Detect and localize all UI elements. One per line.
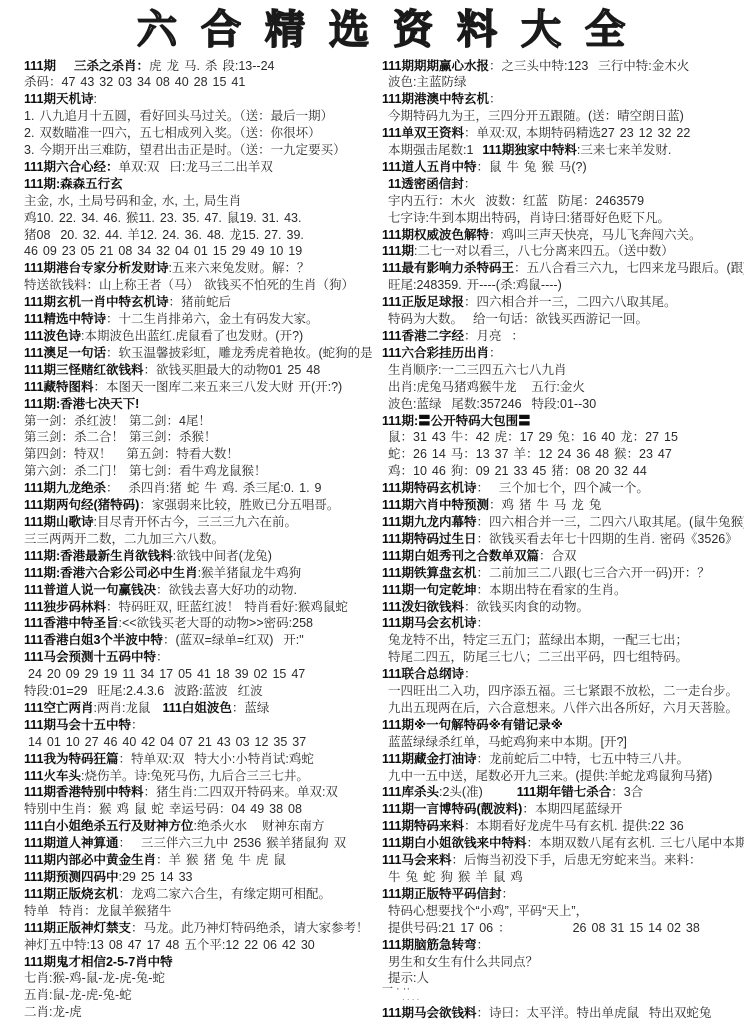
entry-text: ：: [501, 887, 514, 901]
entry-line: 111道人五肖中特：鼠 牛 兔 猴 马(?): [382, 159, 744, 176]
entry-heading: 11透密函信封: [388, 177, 464, 191]
entry-text: 九中一五中送，尾数必开九三来。(提供:羊蛇龙鸡鼠狗马猪): [388, 769, 712, 783]
entry-line: 111期:香港七决天下!: [24, 396, 372, 413]
left-column: 111期三杀之杀肖：虎 龙 马. 杀 段:13--24 杀码：47 43 32 …: [24, 58, 372, 1022]
number-list: 猪08 20. 32. 44. 羊12. 24. 36. 48. 龙15. 27…: [24, 227, 372, 244]
entry-text: :欲钱中间者(龙兔): [173, 549, 272, 563]
entry-line: 111期:二七一对以看三，八七分离来四五。（送中数）: [382, 243, 744, 260]
entry-text: 主金, 水, 土局号码和金, 水, 土, 局生肖: [24, 194, 241, 208]
entry-text: ：: [476, 938, 489, 952]
entry-text: ： 杀四肖:猪 蛇 牛 鸡. 杀三尾:0. 1. 9: [106, 481, 322, 495]
entry-text: 特送欲钱料：山上称王者（马） 欲钱买不怕死的生肖（狗）: [24, 278, 354, 292]
entry-text: :烧伤羊。诗:兔死马伤, 九后合三三七井。: [81, 769, 309, 783]
entry-line: 二肖:龙-虎: [24, 1004, 372, 1021]
entry-text: ：3合: [611, 785, 643, 799]
entry-text: :29 25 14 33: [118, 870, 192, 884]
entry-heading: 111期:森森五行玄: [24, 177, 123, 191]
entry-text: 七肖:猴-鸡-鼠-龙-虎-兔-蛇: [24, 971, 165, 985]
right-column: 111期期期赢心水报：之三头中特:123 三行中特:金木火 波色:主蓝防绿 11…: [382, 58, 744, 1023]
entry-text: ：本期看好龙虎牛马有玄机. 提供:22 36: [464, 819, 684, 833]
entry-text: ：欲钱买肉食的动物。: [464, 600, 589, 614]
entry-text: ：后悔当初没下手，后患无穷蛇来当。来料：: [451, 853, 701, 867]
entry-line: 特送欲钱料：山上称王者（马） 欲钱买不怕死的生肖（狗）: [24, 277, 372, 294]
entry-text: 2. 双数瞄准一四六，五七相成列入奖。（送：你很坏）: [24, 126, 321, 140]
entry-heading: 111期年错七杀合: [517, 785, 611, 799]
entry-line: 111期脑筋急转弯：: [382, 937, 744, 954]
number-list: 蛇：26 14 马：13 37 羊：12 24 36 48 猴：23 47: [382, 446, 744, 463]
entry-text: 特码心想要找个“小鸡”, 平码“天上”，: [388, 904, 588, 918]
entry-text: 出肖:虎兔马猪鸡猴牛龙 五行:金火: [388, 380, 585, 394]
entry-line: 第三剑：杀二合！ 第三剑：杀猴！: [24, 429, 372, 446]
entry-heading: 111波色诗: [24, 329, 81, 343]
entry-text: 特单 特肖：龙鼠羊猴猪牛: [24, 904, 171, 918]
entry-text: ：软玉温馨披彩虹，雕龙秀虎着艳妆。(蛇狗的是: [106, 346, 372, 360]
entry-heading: 111期正版烧玄机: [24, 887, 118, 901]
entry-line: 111期:〓公开特码大包围〓: [382, 413, 744, 430]
entry-line: 111期马会十五中特：: [24, 717, 372, 734]
entry-text: 1. 八九追月十五圆，看好回头马过关。（送：最后一期）: [24, 109, 333, 123]
poem-line: 特尾二四五，防尾三七八；二三出平码，四七组特码。: [382, 649, 744, 666]
entry-line: 111库杀头:2头(准)111期年错七杀合：3合: [382, 784, 744, 801]
entry-line: 111波色诗:本期波色出蓝红.虎鼠看了也发财。(开?): [24, 328, 372, 345]
entry-line: 特码心想要找个“小鸡”, 平码“天上”，: [382, 903, 744, 920]
entry-heading: 111期玄机一肖中特玄机诗: [24, 295, 168, 309]
entry-line: 111马会预测十五码中特：: [24, 649, 372, 666]
entry-text: 三三两两开二数，二九加三六八数。: [24, 532, 224, 546]
entry-heading: 111库杀头: [382, 785, 439, 799]
entry-text: 鸡10. 22. 34. 46. 猴11. 23. 35. 47. 鼠19. 3…: [24, 211, 301, 225]
entry-text: ： 三个加七个，四个减一个。: [476, 481, 648, 495]
entry-heading: 111期鬼才相信2-5-7肖中特: [24, 955, 173, 969]
entry-line: 111香港白姐3个半波中特：(蓝双=绿单=红双) 开:": [24, 632, 372, 649]
entry-line: 111期九龙绝杀： 杀四肖:猪 蛇 牛 鸡. 杀三尾:0. 1. 9: [24, 480, 372, 497]
entry-text: 特尾二四五，防尾三七八；二三出平码，四七组特码。: [388, 650, 688, 664]
entry-line: 111香港中特圣旨:<<欲钱买老大哥的动物>>密码:258: [24, 615, 372, 632]
entry-line: 111期藏金打油诗：龙前蛇后二中特，七五中特三八井。: [382, 751, 744, 768]
entry-text: ： 三三伴六三九中 2536 猴羊猪鼠狗 双: [118, 836, 346, 850]
entry-line: 第六剑：杀二门！ 第七剑：看牛鸡龙鼠猴！: [24, 463, 372, 480]
entry-text: :<<欲钱买老大哥的动物>>密码:258: [118, 616, 313, 630]
number-list: 杀码：47 43 32 03 34 08 40 28 15 41: [24, 74, 372, 91]
entry-line: 111期白小姐欲钱来中特料：本期双数八尾有玄机. 三七八尾中本期: [382, 835, 744, 852]
entry-line: 111期:森森五行玄: [24, 176, 372, 193]
entry-line: 111期※一句解特码※有错记录※: [382, 717, 744, 734]
entry-text: ：猪前蛇后: [168, 295, 231, 309]
entry-line: 111期铁算盘玄机：二前加三二八跟(七三合六开一码)开：？: [382, 565, 744, 582]
entry-text: ：之三头中特:123 三行中特:金木火: [489, 59, 689, 73]
entry-text: :三来七来羊发财.: [577, 143, 671, 157]
entry-heading: 111我为特码狂篇: [24, 752, 118, 766]
entry-text: ：: [489, 346, 502, 360]
entry-line: 男生和女生有什么共同点？: [382, 954, 744, 971]
entry-text: 宇内五行：木火 波数：红蓝 防尾：2463579: [388, 194, 644, 208]
entry-line: 111期六合心经：单双:双 曰:龙马三二出羊双: [24, 159, 372, 176]
entry-text: ：欲钱买胆最大的动物01 25 48: [143, 363, 320, 377]
entry-text: ：猪生肖:二四双开特码来。单双:双: [143, 785, 337, 799]
entry-heading: 111期:香港六合彩公司必中生肖: [24, 566, 198, 580]
entry-text: 特段:01=29 旺尾:2.4.3.6 波路:蓝波 红波: [24, 684, 263, 698]
entry-text: ：特单双:双 特大小:小特肖试:鸡蛇: [118, 752, 313, 766]
handwritten-scribble: 一 · ··· · · ·: [382, 987, 744, 1005]
entry-text: 男生和女生有什么共同点？: [388, 955, 538, 969]
entry-text: ：家强弱来比较，胜败已分五唱哥。: [139, 498, 339, 512]
entry-text: 第六剑：杀二门！ 第七剑：看牛鸡龙鼠猴！: [24, 464, 266, 478]
entry-line: 111期香港特别中特料：猪生肖:二四双开特码来。单双:双: [24, 784, 372, 801]
entry-heading: 111期九龙内幕特: [382, 515, 476, 529]
entry-text: ：: [156, 650, 169, 664]
entry-line: 旺尾:248359. 开----(杀:鸡鼠----): [382, 277, 744, 294]
entry-text: 本期强击尾数:1: [388, 143, 478, 157]
entry-text: 第三剑：杀二合！ 第三剑：杀猴！: [24, 430, 216, 444]
entry-line: 牛 兔 蛇 狗 猴 羊 鼠 鸡: [382, 869, 744, 886]
entry-text: ：(蓝双=绿单=红双) 开:": [163, 633, 304, 647]
entry-line: 出肖:虎兔马猪鸡猴牛龙 五行:金火: [382, 379, 744, 396]
poem-line: 1. 八九追月十五圆，看好回头马过关。（送：最后一期）: [24, 108, 372, 125]
number-list: 鸡10. 22. 34. 46. 猴11. 23. 35. 47. 鼠19. 3…: [24, 210, 372, 227]
entry-line: 111最有影响力杀特码王：五八合看三六九，七四来龙马跟后。(跟): [382, 260, 744, 277]
entry-text: ：二前加三二八跟(七三合六开一码)开：？: [476, 566, 709, 580]
entry-heading: 111期独家中特料: [482, 143, 576, 157]
entry-text: :五来六来兔发财。解：？: [168, 261, 309, 275]
entry-heading: 111期权威波色解特: [382, 228, 489, 242]
poem-line: 兔龙特不出，特定三五门；蓝绿出本期，一配三七出；: [382, 632, 744, 649]
entry-line: 111我为特码狂篇：特单双:双 特大小:小特肖试:鸡蛇: [24, 751, 372, 768]
entry-line: 11透密函信封：: [382, 176, 744, 193]
entry-text: ：龙前蛇后二中特，七五中特三八井。: [476, 752, 689, 766]
entry-line: 111精选中特诗：十二生肖排弟六，金土有码发大家。: [24, 311, 372, 328]
number-list: 鸡：10 46 狗：09 21 33 45 猪：08 20 32 44: [382, 463, 744, 480]
entry-line: 111联合总纲诗：: [382, 666, 744, 683]
entry-heading: 111期马会十五中特: [24, 718, 131, 732]
entry-text: 波色:主蓝防绿: [388, 75, 466, 89]
entry-text: 26 08 31 15 14 02 38: [573, 921, 700, 935]
entry-line: 111期马会玄机诗：: [382, 615, 744, 632]
entry-heading: 111期山歌诗: [24, 515, 93, 529]
entry-heading: 111期内部必中黄金生肖: [24, 853, 156, 867]
entry-line: 蓝蓝绿绿杀红单，马蛇鸡狗来中本期。[开?]: [382, 734, 744, 751]
entry-text: ：诗曰：太平洋。特出单虎鼠 特出双蛇兔: [476, 1006, 711, 1020]
entry-text: 生肖顺序:一二三四五六七八九肖: [388, 363, 566, 377]
entry-heading: 111期:〓公开特码大包围〓: [382, 414, 531, 428]
entry-text: ：四六相合并一三，二四六八取其尾。(鼠牛兔猴): [476, 515, 744, 529]
entry-text: ：欲钱去喜大好功的动物.: [156, 583, 297, 597]
entry-heading: 111期正版特平码信封: [382, 887, 501, 901]
entry-text: 今期特码九为王，三四分开五跟随。(送：晴空朗日蓝): [388, 109, 684, 123]
entry-heading: 111期六肖中特预测: [382, 498, 489, 512]
entry-line: 111期港台专家分析发财诗:五来六来兔发财。解：？: [24, 260, 372, 277]
entry-heading: 111期港台专家分析发财诗: [24, 261, 168, 275]
entry-text: 二肖:龙-虎: [24, 1005, 82, 1019]
entry-text: ：本期四尾蓝绿开: [522, 802, 622, 816]
number-list: 神灯五中特:13 08 47 17 48 五个平:12 22 06 42 30: [24, 937, 372, 954]
entry-heading: 111期特码玄机诗: [382, 481, 476, 495]
entry-text: 特码为大数。 给一句话：欲钱买西游记一回。: [388, 312, 648, 326]
entry-text: ：鼠 牛 兔 猴 马(?): [476, 160, 586, 174]
poem-line: 2. 双数瞄准一四六，五七相成列入奖。（送：你很坏）: [24, 125, 372, 142]
entry-text: 第一剑：杀红波！ 第二剑：4尾！: [24, 414, 211, 428]
entry-text: 46 09 23 05 21 08 34 32 04 01 15 29 49 1…: [24, 244, 302, 258]
entry-text: ：: [464, 667, 477, 681]
entry-text: 3. 今期开出三难防，望君出击正是时。（送：一九定要买）: [24, 143, 346, 157]
entry-heading: 111白姐波色: [162, 701, 231, 715]
entry-heading: 111期三怪赌红欲钱料: [24, 363, 143, 377]
entry-text: ：欲钱买看去年七十四期的生肖. 密码《3526》: [476, 532, 737, 546]
entry-heading: 111普道人说一句赢钱决: [24, 583, 156, 597]
number-list: 46 09 23 05 21 08 34 32 04 01 15 29 49 1…: [24, 243, 372, 260]
entry-line: 五肖:鼠-龙-虎-兔-蛇: [24, 987, 372, 1004]
entry-line: 第一剑：杀红波！ 第二剑：4尾！: [24, 413, 372, 430]
entry-line: 111期特码玄机诗： 三个加七个，四个减一个。: [382, 480, 744, 497]
entry-text: 第四剑：特双！ 第五剑：特看大数！: [24, 447, 239, 461]
entry-text: :两肖:龙鼠: [93, 701, 150, 715]
entry-text: 波色:蓝绿 尾数:357246 特段:01--30: [388, 397, 596, 411]
entry-text: :绝杀火水 财神东南方: [193, 819, 324, 833]
entry-text: ：本期出特在看家的生肖。: [476, 583, 626, 597]
entry-text: 24 20 09 29 19 11 34 17 05 41 18 39 02 1…: [28, 667, 305, 681]
entry-text: 14 01 10 27 46 40 42 04 07 21 43 03 12 3…: [28, 735, 306, 749]
entry-text: :目尽青开怀古今，三三三九六在前。: [93, 515, 296, 529]
entry-text: :: [93, 92, 96, 106]
poem-line: 三三两两开二数，二九加三六八数。: [24, 531, 372, 548]
entry-heading: 111正版足球报: [382, 295, 464, 309]
entry-heading: 111火车头: [24, 769, 81, 783]
entry-line: 七肖:猴-鸡-鼠-龙-虎-兔-蛇: [24, 970, 372, 987]
entry-heading: 111期预测四码中: [24, 870, 118, 884]
entry-text: 九出五现两在后，六合意想来。八伴六出各所好，六月天菩脸。: [388, 701, 738, 715]
entry-line: 111期天机诗:: [24, 91, 372, 108]
entry-text: ：四六相合并一三，二四六八取其尾。: [464, 295, 677, 309]
entry-line: 111独步码林料：特码旺双, 旺蓝红波！ 特肖看好:猴鸡鼠蛇: [24, 599, 372, 616]
entry-heading: 111期马会欲钱料: [382, 1006, 476, 1020]
entry-text: ：马龙。此乃神灯特码绝杀，请大家参考！: [131, 921, 369, 935]
entry-line: 第四剑：特双！ 第五剑：特看大数！: [24, 446, 372, 463]
entry-line: 111空亡两肖:两肖:龙鼠111白姐波色：蓝绿: [24, 700, 372, 717]
entry-heading: 111期道人神算通: [24, 836, 118, 850]
entry-text: 特别中生肖：猴 鸡 鼠 蛇 幸运号码：04 49 38 08: [24, 802, 302, 816]
entry-line: 111期鬼才相信2-5-7肖中特: [24, 954, 372, 971]
entry-text: ：鸡叫三声天快亮，马儿飞奔闯六关。: [489, 228, 702, 242]
entry-heading: 111马会预测十五码中特: [24, 650, 156, 664]
entry-heading: 111联合总纲诗: [382, 667, 464, 681]
entry-line: 111期山歌诗:目尽青开怀古今，三三三九六在前。: [24, 514, 372, 531]
entry-heading: 111期期期赢心水报: [382, 59, 489, 73]
poem-line: 七字诗:牛到本期出特码，肖诗曰:猪哥好色贬下凡。: [382, 210, 744, 227]
entry-line: 111期预测四码中:29 25 14 33: [24, 869, 372, 886]
entry-heading: 三杀之杀肖：: [74, 59, 149, 73]
entry-line: 111期玄机一肖中特玄机诗：猪前蛇后: [24, 294, 372, 311]
poem-line: 今期特码九为王，三四分开五跟随。(送：晴空朗日蓝): [382, 108, 744, 125]
entry-text: ：合双: [539, 549, 577, 563]
entry-text: ：: [476, 616, 489, 630]
entry-heading: 111期马会玄机诗: [382, 616, 476, 630]
entry-text: 单双:双 曰:龙马三二出羊双: [118, 160, 272, 174]
number-list: 鼠：31 43 牛：42 虎：17 29 兔：16 40 龙：27 15: [382, 429, 744, 446]
entry-heading: 111期一言博特码(靓波料): [382, 802, 522, 816]
entry-text: ：龙鸡二家六合生，有缘定期可相配。: [118, 887, 331, 901]
entry-heading: 111期: [24, 59, 56, 73]
entry-line: 111期特码过生日：欲钱买看去年七十四期的生肖. 密码《3526》: [382, 531, 744, 548]
entry-line: 特别中生肖：猴 鸡 鼠 蛇 幸运号码：04 49 38 08: [24, 801, 372, 818]
entry-text: ：蓝绿: [232, 701, 270, 715]
entry-line: 111期:香港六合彩公司必中生肖:猴羊猪鼠龙牛鸡狗: [24, 565, 372, 582]
entry-heading: 111藏特图料: [24, 380, 93, 394]
entry-heading: 111单双王资料: [382, 126, 464, 140]
entry-text: :2头(准): [439, 785, 483, 799]
entry-text: 兔龙特不出，特定三五门；蓝绿出本期，一配三七出；: [388, 633, 688, 647]
entry-heading: 111马会来料: [382, 853, 451, 867]
number-list: 14 01 10 27 46 40 42 04 07 21 43 03 12 3…: [24, 734, 372, 751]
entry-heading: 111期正版神灯禁支: [24, 921, 131, 935]
entry-text: ：月亮 ：: [464, 329, 524, 343]
entry-line: 111火车头:烧伤羊。诗:兔死马伤, 九后合三三七井。: [24, 768, 372, 785]
page-title: 六合精选资料大全: [137, 6, 649, 54]
entry-line: 宇内五行：木火 波数：红蓝 防尾：2463579: [382, 193, 744, 210]
entry-line: 111期正版神灯禁支：马龙。此乃神灯特码绝杀，请大家参考！: [24, 920, 372, 937]
entry-line: 特段:01=29 旺尾:2.4.3.6 波路:蓝波 红波: [24, 683, 372, 700]
entry-line: 生肖顺序:一二三四五六七八九肖: [382, 362, 744, 379]
entry-text: ：单双:双, 本期特码精选27 23 12 32 22: [464, 126, 690, 140]
entry-line: 111期三杀之杀肖：虎 龙 马. 杀 段:13--24: [24, 58, 372, 75]
entry-heading: 111期香港特别中特料: [24, 785, 143, 799]
entry-line: 111期白姐秀刊之合数单双篇：合双: [382, 548, 744, 565]
entry-line: 111期内部必中黄金生肖：羊 猴 猪 兔 牛 虎 鼠: [24, 852, 372, 869]
entry-line: 111期一言博特码(靓波料)：本期四尾蓝绿开: [382, 801, 744, 818]
entry-text: 七字诗:牛到本期出特码，肖诗曰:猪哥好色贬下凡。: [388, 211, 670, 225]
entry-text: ：五八合看三六九，七四来龙马跟后。(跟): [514, 261, 744, 275]
entry-line: 111期马会欲钱料：诗曰：太平洋。特出单虎鼠 特出双蛇兔: [382, 1005, 744, 1022]
entry-line: 波色:主蓝防绿: [382, 74, 744, 91]
entry-line: 111普道人说一句赢钱决：欲钱去喜大好功的动物.: [24, 582, 372, 599]
entry-heading: 111期一句定乾坤: [382, 583, 476, 597]
entry-line: 111期期期赢心水报：之三头中特:123 三行中特:金木火: [382, 58, 744, 75]
entry-text: ：十二生肖排弟六，金土有码发大家。: [106, 312, 319, 326]
entry-text: ：鸡 猪 牛 马 龙 兔: [489, 498, 601, 512]
entry-text: ：本期双数八尾有玄机. 三七八尾中本期: [526, 836, 744, 850]
entry-line: 111期正版特平码信封：: [382, 886, 744, 903]
entry-text: ：特码旺双, 旺蓝红波！ 特肖看好:猴鸡鼠蛇: [106, 600, 348, 614]
entry-line: 本期强击尾数:1 111期独家中特料:三来七来羊发财.: [382, 142, 744, 159]
entry-heading: 111期两句经(猪特码): [24, 498, 139, 512]
entry-line: 主金, 水, 土局号码和金, 水, 土, 局生肖: [24, 193, 372, 210]
entry-heading: 111期白小姐欲钱来中特料: [382, 836, 526, 850]
entry-heading: 111期特码来料: [382, 819, 464, 833]
entry-heading: 111期:香港七决天下!: [24, 397, 139, 411]
entry-text: :猴羊猪鼠龙牛鸡狗: [198, 566, 301, 580]
entry-text: 神灯五中特:13 08 47 17 48 五个平:12 22 06 42 30: [24, 938, 315, 952]
entry-heading: 111独步码林料: [24, 600, 106, 614]
entry-heading: 111期铁算盘玄机: [382, 566, 476, 580]
entry-text: ：: [131, 718, 144, 732]
entry-line: 111白小姐绝杀五行及财神方位:绝杀火水 财神东南方: [24, 818, 372, 835]
entry-heading: 111泼妇欲钱料: [382, 600, 464, 614]
entry-heading: 111期脑筋急转弯: [382, 938, 476, 952]
entry-heading: 111空亡两肖: [24, 701, 93, 715]
entry-heading: 111期: [382, 244, 414, 258]
entry-text: 牛 兔 蛇 狗 猴 羊 鼠 鸡: [388, 870, 523, 884]
entry-heading: 111期※一句解特码※有错记录※: [382, 718, 563, 732]
entry-text: 虎 龙 马. 杀 段:13--24: [149, 59, 274, 73]
entry-heading: 111期白姐秀刊之合数单双篇: [382, 549, 539, 563]
entry-text: 猪08 20. 32. 44. 羊12. 24. 36. 48. 龙15. 27…: [24, 228, 304, 242]
entry-line: 特单 特肖：龙鼠羊猴猪牛: [24, 903, 372, 920]
entry-heading: 111香港白姐3个半波中特: [24, 633, 163, 647]
entry-heading: 111澳足一句话: [24, 346, 106, 360]
entry-line: 波色:蓝绿 尾数:357246 特段:01--30: [382, 396, 744, 413]
entry-text: 鸡：10 46 狗：09 21 33 45 猪：08 20 32 44: [388, 464, 647, 478]
entry-heading: 111期六合心经：: [24, 160, 118, 174]
entry-text: :本期波色出蓝红.虎鼠看了也发财。(开?): [81, 329, 303, 343]
entry-heading: 111精选中特诗: [24, 312, 106, 326]
entry-line: 111期六肖中特预测：鸡 猪 牛 马 龙 兔: [382, 497, 744, 514]
entry-line: 111单双王资料：单双:双, 本期特码精选27 23 12 32 22: [382, 125, 744, 142]
entry-heading: 111期特码过生日: [382, 532, 476, 546]
entry-heading: 111期港澳中特玄机: [382, 92, 489, 106]
entry-line: 111期港澳中特玄机：: [382, 91, 744, 108]
entry-text: ：本图天一图库二来五来三八发大财 开(开:?): [93, 380, 342, 394]
scribble-dots: · · · ·: [402, 996, 419, 1004]
entry-heading: 111最有影响力杀特码王: [382, 261, 514, 275]
entry-heading: 111香港二字经: [382, 329, 464, 343]
entry-text: 蛇：26 14 马：13 37 羊：12 24 36 48 猴：23 47: [388, 447, 672, 461]
entry-text: 一四旺出二入功，四序添五福。三七紧跟不放松，二一走台步。: [388, 684, 738, 698]
entry-text: ：: [489, 92, 502, 106]
poem-line: 九中一五中送，尾数必开九三来。(提供:羊蛇龙鸡鼠狗马猪): [382, 768, 744, 785]
entry-line: 111期两句经(猪特码)：家强弱来比较，胜败已分五唱哥。: [24, 497, 372, 514]
entry-text: 鼠：31 43 牛：42 虎：17 29 兔：16 40 龙：27 15: [388, 430, 678, 444]
poem-line: 3. 今期开出三难防，望君出击正是时。（送：一九定要买）: [24, 142, 372, 159]
entry-line: 111期:香港最新生肖欲钱料:欲钱中间者(龙兔): [24, 548, 372, 565]
entry-heading: 111期九龙绝杀: [24, 481, 106, 495]
entry-line: 111马会来料：后悔当初没下手，后患无穷蛇来当。来料：: [382, 852, 744, 869]
entry-text: :二七一对以看三，八七分离来四五。（送中数）: [414, 244, 674, 258]
entry-heading: 111期天机诗: [24, 92, 93, 106]
entry-heading: 111六合彩挂历出肖: [382, 346, 489, 360]
entry-heading: 111香港中特圣旨: [24, 616, 118, 630]
entry-heading: 111期藏金打油诗: [382, 752, 476, 766]
entry-text: 提供号码:21 17 06 ：: [388, 921, 511, 935]
entry-line: 111澳足一句话：软玉温馨披彩虹，雕龙秀虎着艳妆。(蛇狗的是: [24, 345, 372, 362]
entry-text: 蓝蓝绿绿杀红单，马蛇鸡狗来中本期。[开?]: [388, 735, 627, 749]
entry-line: 111期九龙内幕特：四六相合并一三，二四六八取其尾。(鼠牛兔猴): [382, 514, 744, 531]
entry-heading: 111道人五肖中特: [382, 160, 476, 174]
entry-text: 五肖:鼠-龙-虎-兔-蛇: [24, 988, 132, 1002]
entry-line: 111泼妇欲钱料：欲钱买肉食的动物。: [382, 599, 744, 616]
entry-text: 杀码：47 43 32 03 34 08 40 28 15 41: [24, 75, 245, 89]
poem-line: 九出五现两在后，六合意想来。八伴六出各所好，六月天菩脸。: [382, 700, 744, 717]
entry-line: 111期正版烧玄机：龙鸡二家六合生，有缘定期可相配。: [24, 886, 372, 903]
scribble-mark: 一 · ··: [382, 983, 410, 995]
entry-text: ：羊 猴 猪 兔 牛 虎 鼠: [156, 853, 286, 867]
entry-line: 提示:人: [382, 970, 744, 987]
entry-heading: 111期:香港最新生肖欲钱料: [24, 549, 173, 563]
entry-line: 111期一句定乾坤：本期出特在看家的生肖。: [382, 582, 744, 599]
entry-line: 111期特码来料：本期看好龙虎牛马有玄机. 提供:22 36: [382, 818, 744, 835]
poem-line: 一四旺出二入功，四序添五福。三七紧跟不放松，二一走台步。: [382, 683, 744, 700]
entry-heading: 111白小姐绝杀五行及财神方位: [24, 819, 193, 833]
entry-line: 111期道人神算通： 三三伴六三九中 2536 猴羊猪鼠狗 双: [24, 835, 372, 852]
entry-line: 111期权威波色解特：鸡叫三声天快亮，马儿飞奔闯六关。: [382, 227, 744, 244]
entry-line: 111藏特图料：本图天一图库二来五来三八发大财 开(开:?): [24, 379, 372, 396]
number-list: 提供号码:21 17 06 ：26 08 31 15 14 02 38: [382, 920, 744, 937]
entry-line: 特码为大数。 给一句话：欲钱买西游记一回。: [382, 311, 744, 328]
entry-line: 111正版足球报：四六相合并一三，二四六八取其尾。: [382, 294, 744, 311]
entry-text: ：: [464, 177, 477, 191]
number-list: 24 20 09 29 19 11 34 17 05 41 18 39 02 1…: [24, 666, 372, 683]
entry-line: 111香港二字经：月亮 ：: [382, 328, 744, 345]
entry-line: 111期三怪赌红欲钱料：欲钱买胆最大的动物01 25 48: [24, 362, 372, 379]
entry-text: 旺尾:248359. 开----(杀:鸡鼠----): [388, 278, 562, 292]
entry-line: 111六合彩挂历出肖：: [382, 345, 744, 362]
